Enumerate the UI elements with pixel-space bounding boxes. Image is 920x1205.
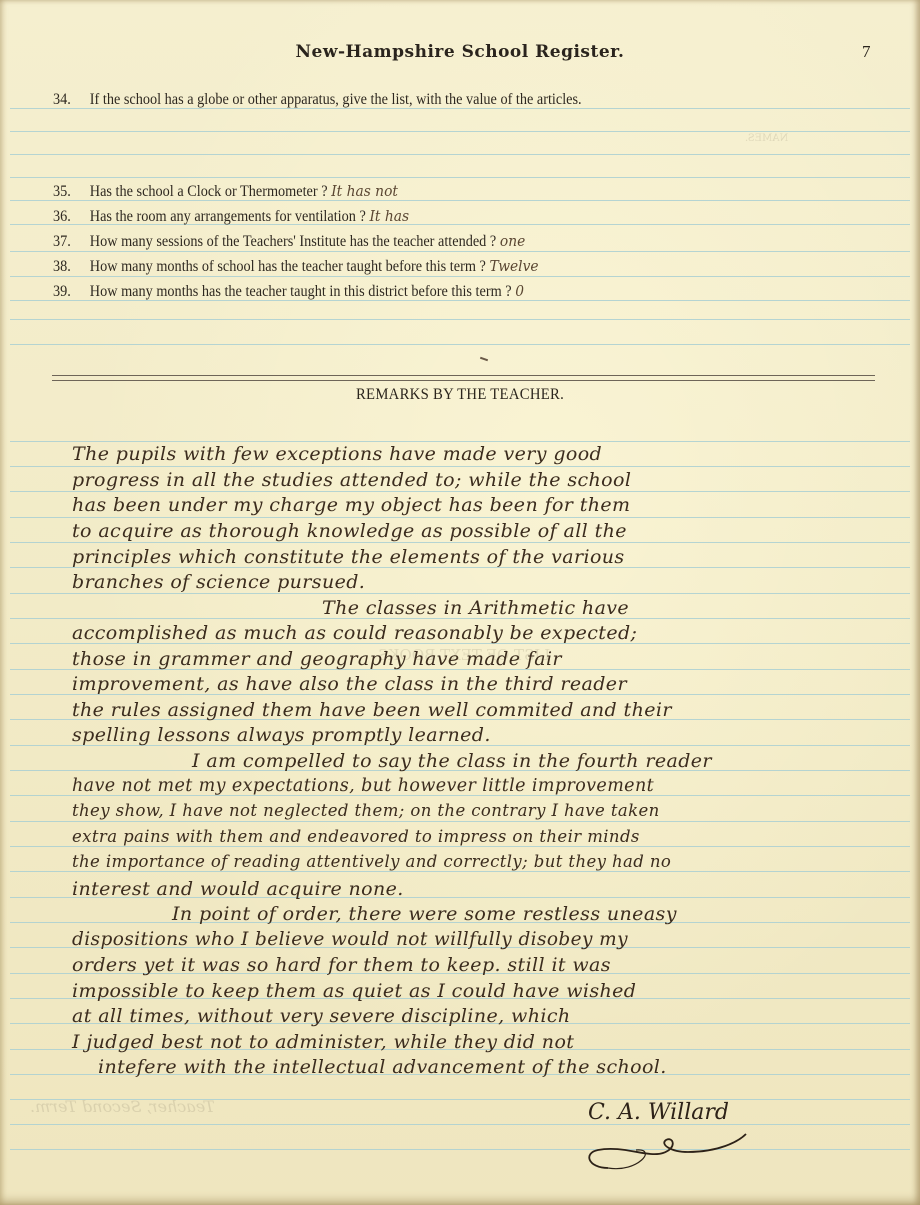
page-number: 7 [862, 42, 871, 62]
question-39: 39.How many months has the teacher taugh… [53, 282, 524, 301]
page-title: New-Hampshire School Register. [0, 42, 920, 62]
register-page: NAMES. LIST OF TEXT BOOKS Teacher, Secon… [0, 0, 920, 1205]
remarks-line: The classes in Arithmetic have [322, 597, 629, 619]
question-number: 34. [53, 91, 90, 109]
remarks-line: improvement, as have also the class in t… [72, 673, 627, 695]
question-number: 35. [53, 183, 90, 201]
remarks-line: In point of order, there were some restl… [172, 903, 677, 925]
remarks-line: impossible to keep them as quiet as I co… [72, 980, 636, 1002]
bleed-through-names: NAMES. [745, 133, 788, 144]
remarks-line: intefere with the intellectual advanceme… [98, 1056, 667, 1078]
remarks-line: I judged best not to administer, while t… [72, 1031, 574, 1053]
remarks-heading: REMARKS BY THE TEACHER. [37, 386, 883, 404]
question-34: 34.If the school has a globe or other ap… [53, 91, 582, 109]
ink-mark [480, 357, 488, 362]
teacher-signature: C. A. Willard [588, 1100, 729, 1125]
answer-handwritten: 0 [515, 282, 524, 300]
question-number: 38. [53, 258, 90, 276]
remarks-line: they show, I have not neglected them; on… [72, 801, 660, 820]
remarks-line: at all times, without very severe discip… [72, 1005, 571, 1027]
remarks-line: to acquire as thorough knowledge as poss… [72, 520, 627, 542]
answer-handwritten: one [500, 232, 525, 250]
question-number: 36. [53, 208, 90, 226]
remarks-line: the rules assigned them have been well c… [72, 699, 672, 721]
question-36: 36.Has the room any arrangements for ven… [53, 207, 409, 226]
question-text: How many sessions of the Teachers' Insti… [90, 233, 496, 250]
remarks-line: the importance of reading attentively an… [72, 852, 671, 871]
remarks-line: extra pains with them and endeavored to … [72, 827, 640, 846]
question-text: How many months of school has the teache… [90, 258, 486, 275]
question-text: If the school has a globe or other appar… [90, 91, 582, 108]
remarks-line: dispositions who I believe would not wil… [72, 929, 628, 950]
question-35: 35.Has the school a Clock or Thermometer… [53, 182, 398, 201]
remarks-line: orders yet it was so hard for them to ke… [72, 954, 611, 976]
remarks-line: branches of science pursued. [72, 571, 365, 593]
answer-handwritten: It has [369, 207, 409, 225]
remarks-line: progress in all the studies attended to;… [72, 469, 631, 491]
question-number: 37. [53, 233, 90, 251]
question-38: 38.How many months of school has the tea… [53, 257, 539, 276]
remarks-line: spelling lessons always promptly learned… [72, 724, 491, 746]
question-text: Has the school a Clock or Thermometer ? [90, 183, 328, 200]
question-37: 37.How many sessions of the Teachers' In… [53, 232, 525, 251]
answer-handwritten: It has not [331, 182, 398, 200]
remarks-line: I am compelled to say the class in the f… [192, 750, 712, 772]
signature-flourish-icon [578, 1128, 758, 1178]
remarks-line: have not met my expectations, but howeve… [72, 776, 654, 796]
remarks-line: principles which constitute the elements… [72, 546, 625, 568]
answer-handwritten: Twelve [489, 257, 538, 275]
remarks-line: interest and would acquire none. [72, 878, 404, 900]
remarks-line: The pupils with few exceptions have made… [72, 443, 602, 465]
remarks-line: accomplished as much as could reasonably… [72, 622, 637, 644]
remarks-line: those in grammer and geography have made… [72, 648, 562, 670]
question-text: How many months has the teacher taught i… [90, 283, 512, 300]
bleed-through-teacher-term: Teacher, Second Term. [30, 1097, 215, 1116]
question-number: 39. [53, 283, 90, 301]
remarks-line: has been under my charge my object has b… [72, 494, 630, 516]
section-divider [52, 375, 875, 381]
question-text: Has the room any arrangements for ventil… [90, 208, 366, 225]
